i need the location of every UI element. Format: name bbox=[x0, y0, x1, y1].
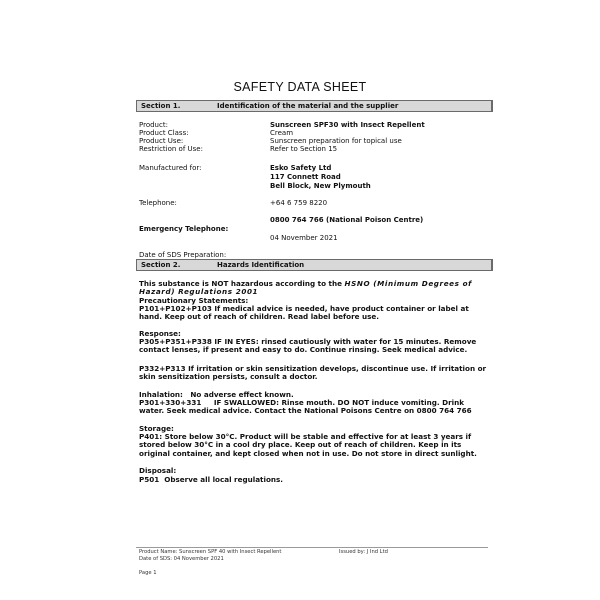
emergency-telephone-label: Emergency Telephone: bbox=[139, 225, 228, 233]
section-1-header: Section 1. Identification of the materia… bbox=[136, 100, 493, 112]
manufacturer-name: Esko Safety Ltd bbox=[270, 164, 331, 172]
footer-divider bbox=[136, 547, 488, 548]
restriction-value: Refer to Section 15 bbox=[270, 145, 337, 153]
storage-statement: P401: Store below 30°C. Product will be … bbox=[139, 433, 491, 458]
footer-date: Date of SDS: 04 November 2021 bbox=[139, 556, 224, 563]
product-value: Sunscreen SPF30 with Insect Repellent bbox=[270, 121, 425, 129]
product-class-label: Product Class: bbox=[139, 129, 189, 137]
response-statement: P305+P351+P338 IF IN EYES: rinsed cautio… bbox=[139, 338, 491, 355]
manufactured-for-label: Manufactured for: bbox=[139, 164, 202, 172]
hazard-classification: This substance is NOT hazardous accordin… bbox=[139, 280, 491, 297]
footer-page-number: Page 1 bbox=[139, 570, 157, 577]
product-use-value: Sunscreen preparation for topical use bbox=[270, 137, 402, 145]
skin-statement: P332+P313 If irritation or skin sensitiz… bbox=[139, 365, 491, 382]
section-2-header: Section 2. Hazards Identification bbox=[136, 259, 493, 271]
restriction-label: Restriction of Use: bbox=[139, 145, 203, 153]
manufacturer-street: 117 Connett Road bbox=[270, 173, 341, 181]
footer-product-name: Product Name: Sunscreen SPF 40 with Inse… bbox=[139, 549, 281, 556]
section-1-title: Identification of the material and the s… bbox=[217, 101, 398, 111]
section-2-number: Section 2. bbox=[141, 260, 180, 270]
product-use-label: Product Use: bbox=[139, 137, 183, 145]
telephone-label: Telephone: bbox=[139, 199, 177, 207]
footer-issued-by: Issued by: J Ind Ltd bbox=[339, 549, 388, 556]
disposal-statement: P501 Observe all local regulations. bbox=[139, 476, 491, 484]
emergency-telephone-value: 0800 764 766 (National Poison Centre) bbox=[270, 216, 423, 224]
sds-page: SAFETY DATA SHEET Section 1. Identificat… bbox=[0, 0, 600, 600]
document-title: SAFETY DATA SHEET bbox=[0, 80, 600, 94]
date-prepared-value: 04 November 2021 bbox=[270, 234, 338, 242]
manufacturer-city: Bell Block, New Plymouth bbox=[270, 182, 371, 190]
precautionary-statement: P101+P102+P103 If medical advice is need… bbox=[139, 305, 491, 322]
swallowed-statement: P301+330+331 IF SWALLOWED: Rinse mouth. … bbox=[139, 399, 491, 416]
date-prepared-label: Date of SDS Preparation: bbox=[139, 251, 226, 259]
product-class-value: Cream bbox=[270, 129, 293, 137]
telephone-value: +64 6 759 8220 bbox=[270, 199, 327, 207]
product-label: Product: bbox=[139, 121, 168, 129]
section-2-title: Hazards Identification bbox=[217, 260, 304, 270]
section-1-number: Section 1. bbox=[141, 101, 180, 111]
